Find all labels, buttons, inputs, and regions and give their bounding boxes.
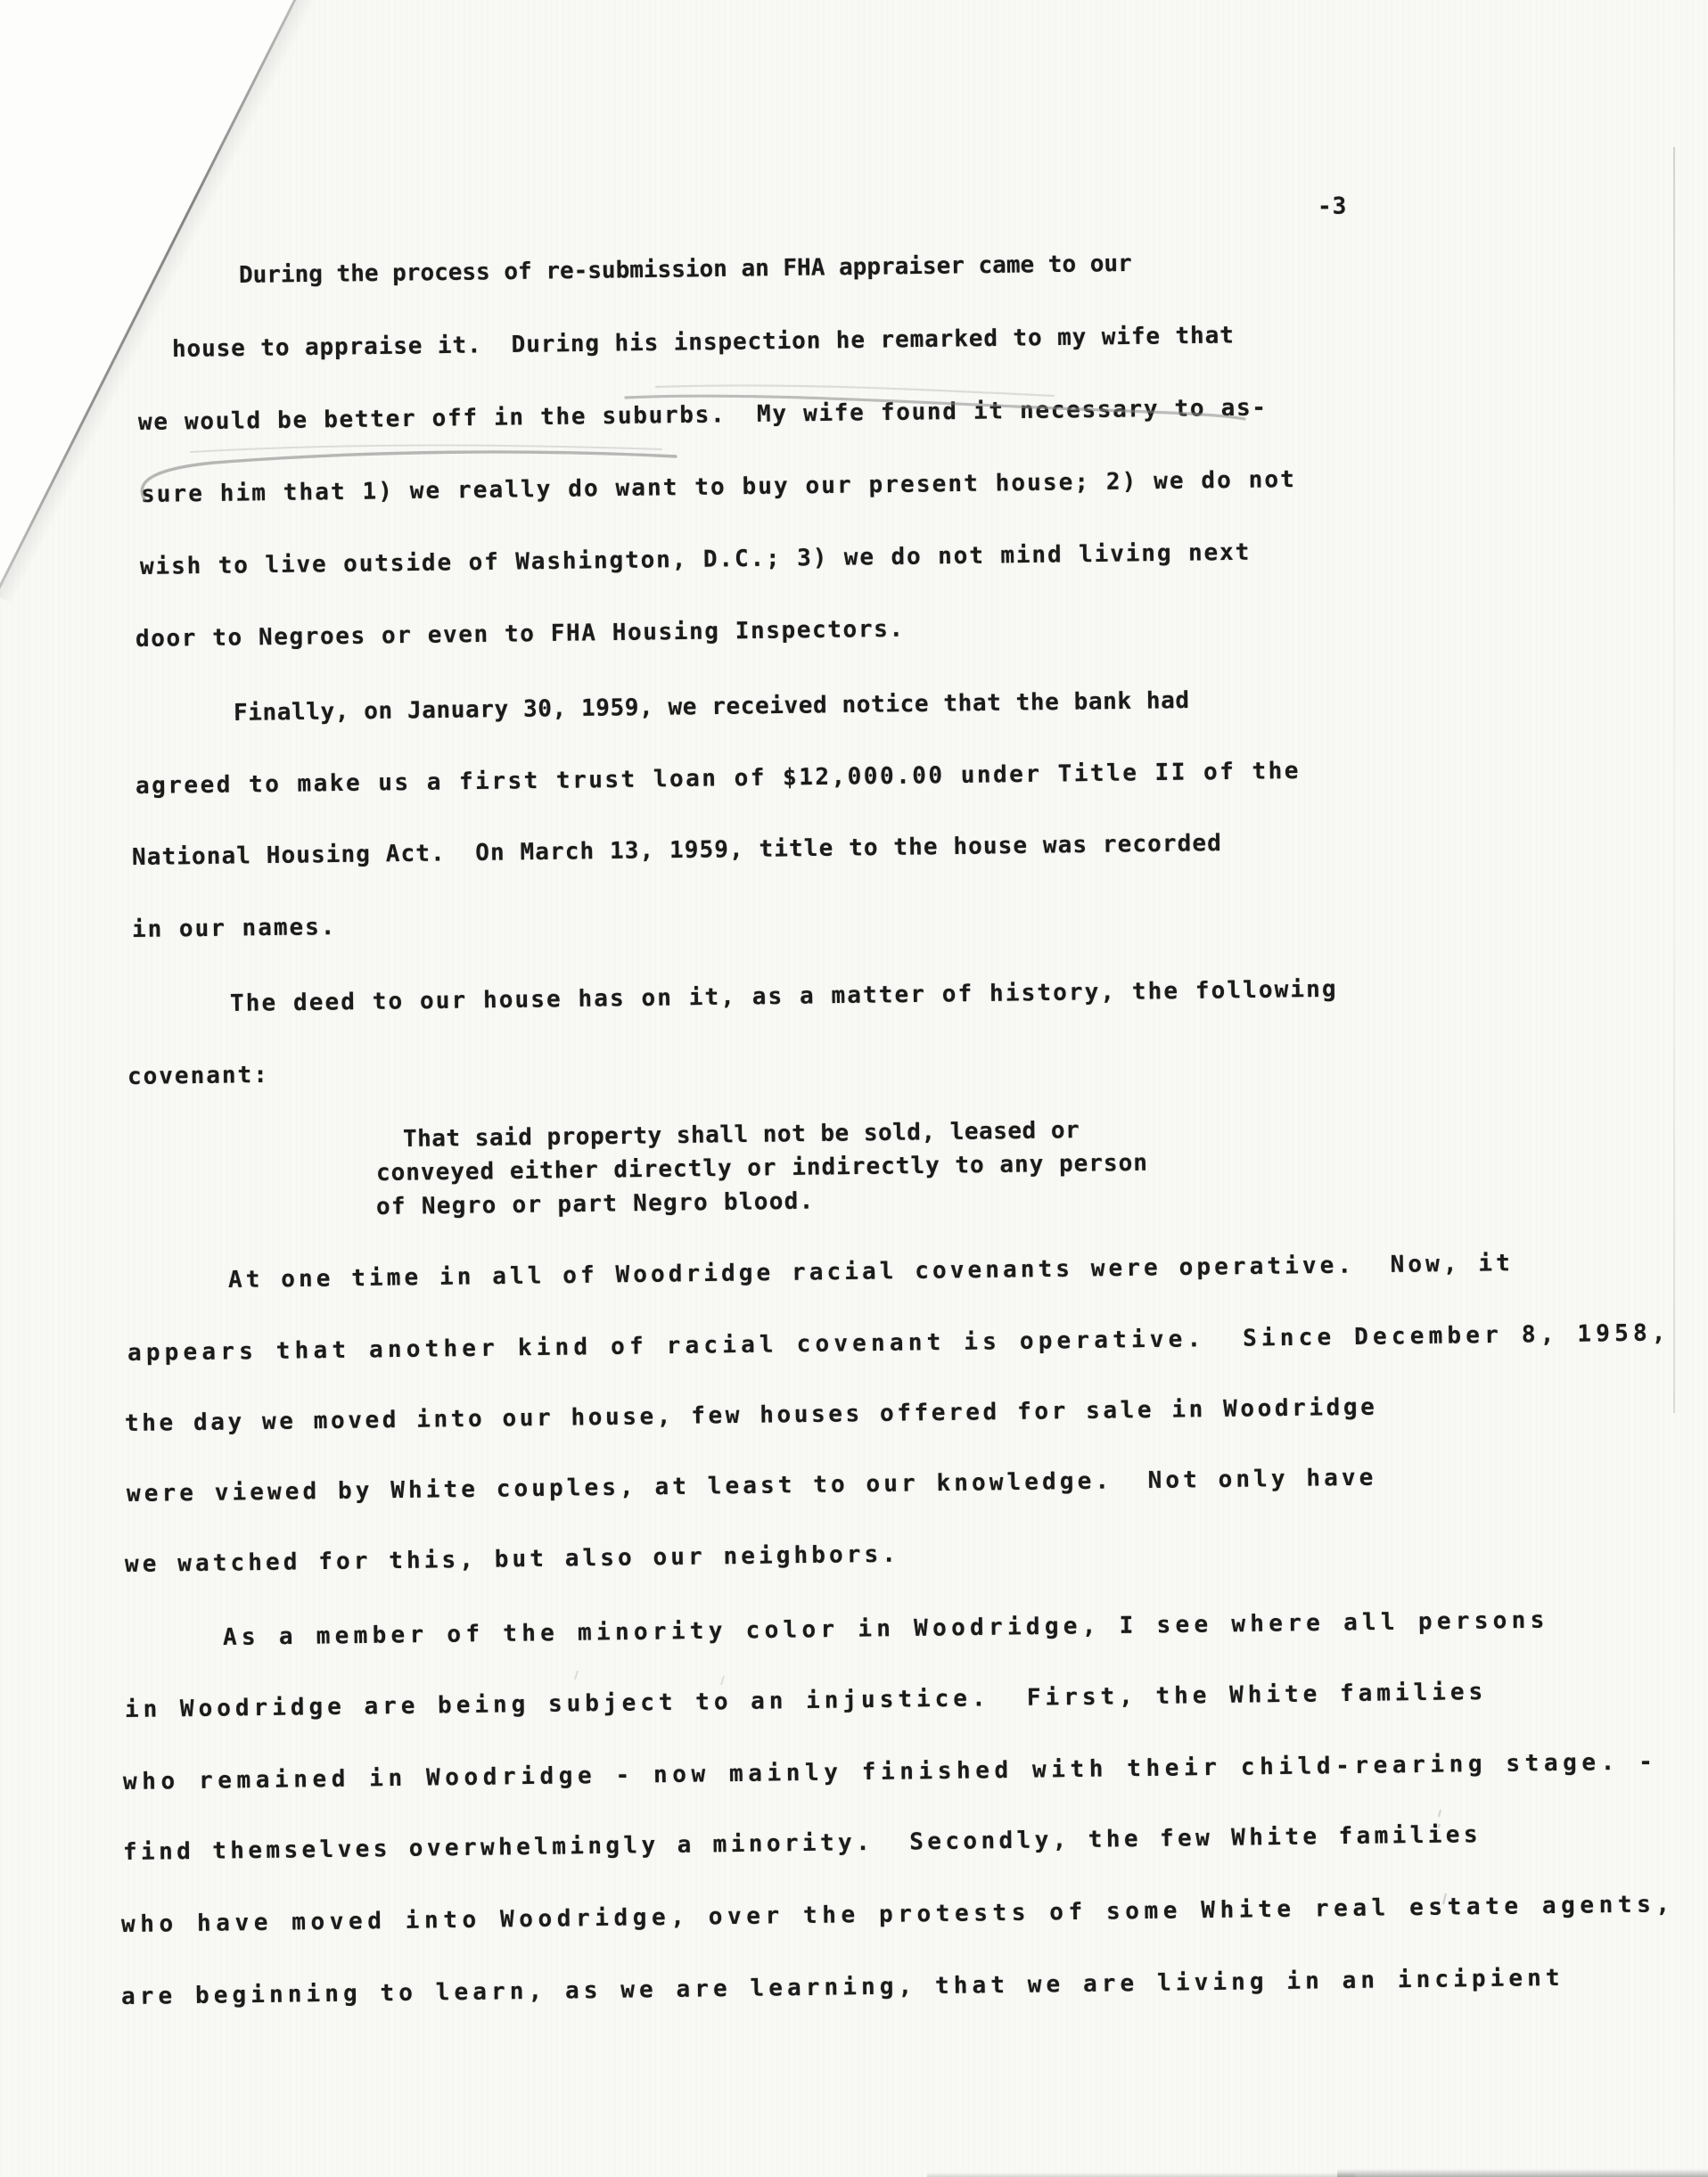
typed-line: The deed to our house has on it, as a ma… — [230, 975, 1338, 1019]
typed-line: sure him that 1) we really do want to bu… — [141, 465, 1296, 509]
typed-line: in Woodridge are being subject to an inj… — [125, 1678, 1488, 1725]
typed-line: Finally, on January 30, 1959, we receive… — [234, 686, 1190, 728]
page-number: -3 — [1318, 193, 1348, 222]
typed-line: find themselves overwhelmingly a minorit… — [123, 1820, 1482, 1867]
typed-line: wish to live outside of Washington, D.C.… — [140, 538, 1252, 582]
typed-line: covenant: — [127, 1061, 269, 1092]
typed-line: who have moved into Woodridge, over the … — [121, 1890, 1675, 1939]
typed-line: agreed to make us a first trust loan of … — [135, 757, 1301, 801]
typed-line: At one time in all of Woodridge racial c… — [228, 1249, 1514, 1294]
scanned-page: -3 During the process of re-submission a… — [0, 0, 1708, 2177]
typed-line: in our names. — [132, 913, 337, 945]
covenant-quote-line: of Negro or part Negro blood. — [376, 1187, 815, 1222]
covenant-quote-line: conveyed either directly or indirectly t… — [376, 1149, 1148, 1188]
adjacent-page-edge — [1673, 147, 1675, 1413]
pencil-tick — [575, 1671, 578, 1680]
typed-line: door to Negroes or even to FHA Housing I… — [135, 615, 905, 654]
bottom-scan-smudge — [927, 2173, 1355, 2177]
bottom-scan-smudge — [1337, 2169, 1708, 2177]
page-corner-background — [0, 0, 357, 642]
typed-line: National Housing Act. On March 13, 1959,… — [132, 829, 1222, 873]
typed-line: are beginning to learn, as we are learni… — [121, 1964, 1564, 2012]
typed-line: During the process of re-submission an F… — [239, 250, 1132, 291]
typed-line: were viewed by White couples, at least t… — [127, 1464, 1377, 1509]
pencil-underline-remarked-echo — [656, 385, 1054, 396]
typed-line: the day we moved into our house, few hou… — [125, 1393, 1378, 1439]
typed-line: we watched for this, but also our neighb… — [125, 1540, 900, 1580]
typed-line: As a member of the minority color in Woo… — [223, 1606, 1549, 1653]
typed-line: appears that another kind of racial cove… — [127, 1319, 1671, 1368]
typed-line: we would be better off in the suburbs. M… — [138, 393, 1268, 437]
pencil-tick — [721, 1676, 724, 1685]
pencil-underline-suburbs-echo — [191, 445, 661, 452]
covenant-quote-line: That said property shall not be sold, le… — [403, 1116, 1080, 1154]
typed-line: house to appraise it. During his inspect… — [172, 321, 1235, 364]
typed-line: who remained in Woodridge - now mainly f… — [123, 1747, 1658, 1796]
